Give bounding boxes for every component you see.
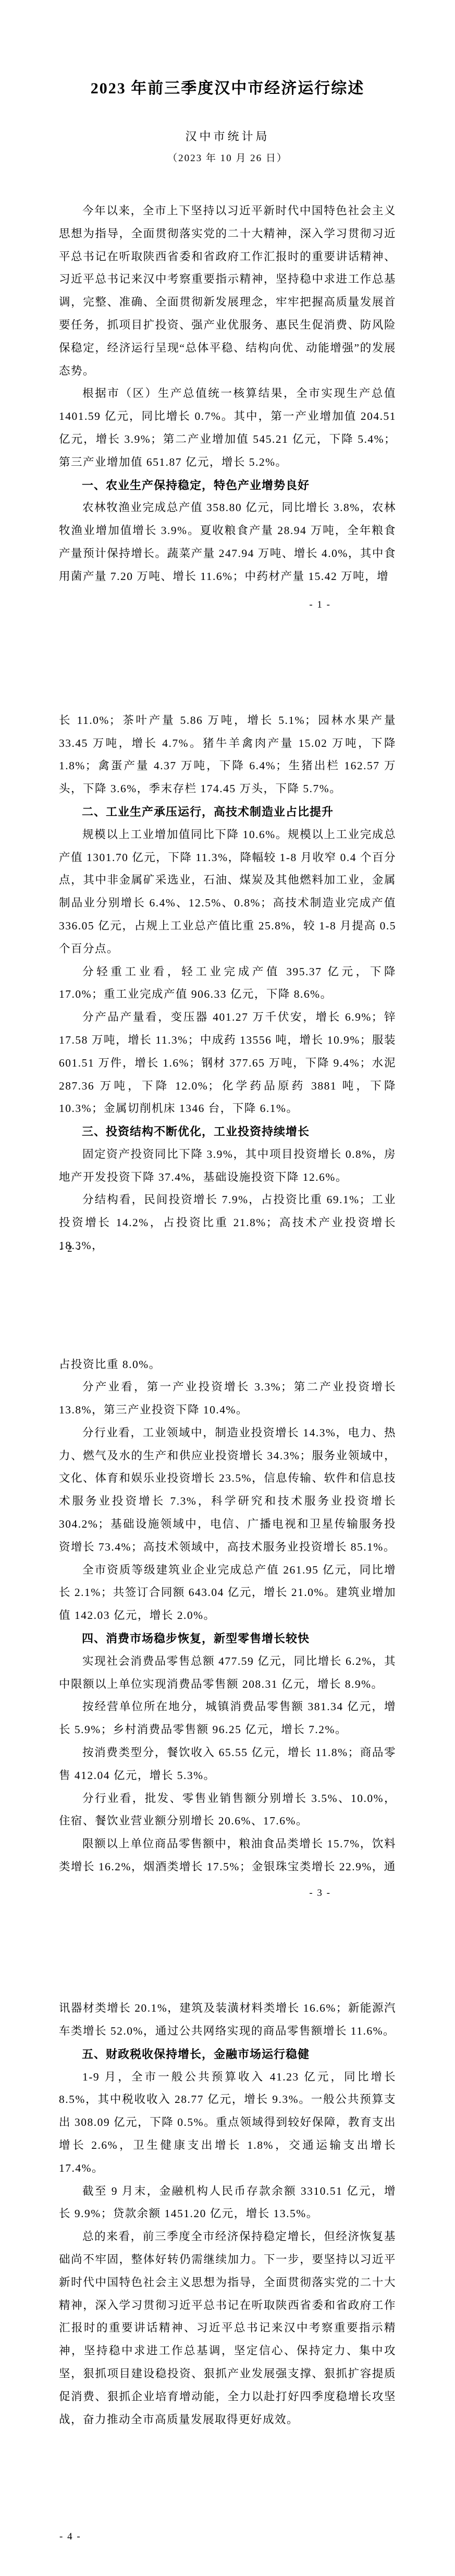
page-number-3: - 3 - xyxy=(309,1887,331,1900)
paragraph: 固定资产投资同比下降 3.9%，其中项目投资增长 0.8%，房地产开发投资下降 … xyxy=(59,1143,396,1189)
paragraph: 截至 9 月末，金融机构人民币存款余额 3310.51 亿元，增长 9.9%；贷… xyxy=(59,2180,396,2226)
paragraph: 今年以来，全市上下坚持以习近平新时代中国特色社会主义思想为指导，全面贯彻落实党的… xyxy=(59,200,396,382)
page-4: 讯器材类增长 20.1%，建筑及装潢材料类增长 16.6%；新能源汽车类增长 5… xyxy=(0,1932,455,2576)
page-number-2: - 2 - xyxy=(59,1243,81,1255)
paragraph: 农林牧渔业完成总产值 358.80 亿元，同比增长 3.8%，农林牧渔业增加值增… xyxy=(59,497,396,588)
page-1: 2023 年前三季度汉中市经济运行综述 汉中市统计局 （2023 年 10 月 … xyxy=(0,0,455,644)
section-heading: 五、财政税收保持增长，金融市场运行稳健 xyxy=(59,2043,396,2066)
document-author: 汉中市统计局 xyxy=(59,127,396,146)
section-heading: 一、农业生产保持稳定，特色产业增势良好 xyxy=(59,474,396,497)
page-1-content: 今年以来，全市上下坚持以习近平新时代中国特色社会主义思想为指导，全面贯彻落实党的… xyxy=(59,200,396,588)
paragraph: 根据市（区）生产总值统一核算结果，全市实现生产总值 1401.59 亿元，同比增… xyxy=(59,382,396,474)
paragraph: 全市资质等级建筑业企业完成总产值 261.95 亿元，同比增长 2.1%；共签订… xyxy=(59,1559,396,1627)
section-heading: 四、消费市场稳步恢复，新型零售增长较快 xyxy=(59,1627,396,1650)
paragraph: 规模以上工业增加值同比下降 10.6%。规模以上工业完成总产值 1301.70 … xyxy=(59,824,396,961)
page-number-4: - 4 - xyxy=(59,2531,81,2543)
section-heading: 三、投资结构不断优化，工业投资持续增长 xyxy=(59,1120,396,1143)
document-date: （2023 年 10 月 26 日） xyxy=(59,150,396,167)
paragraph: 分行业看，工业领域中，制造业投资增长 14.3%，电力、热力、燃气及水的生产和供… xyxy=(59,1422,396,1559)
paragraph: 限额以上单位商品零售额中，粮油食品类增长 15.7%，饮料类增长 16.2%，烟… xyxy=(59,1833,396,1879)
page-4-content: 讯器材类增长 20.1%，建筑及装潢材料类增长 16.6%；新能源汽车类增长 5… xyxy=(59,1997,396,2431)
paragraph: 分产品产量看，变压器 401.27 万千伏安，增长 6.9%；锌 17.58 万… xyxy=(59,1006,396,1120)
paragraph: 讯器材类增长 20.1%，建筑及装潢材料类增长 16.6%；新能源汽车类增长 5… xyxy=(59,1997,396,2043)
document-title: 2023 年前三季度汉中市经济运行综述 xyxy=(59,77,396,101)
page-2: 长 11.0%；茶叶产量 5.86 万吨，增长 5.1%；园林水果产量 33.4… xyxy=(0,644,455,1288)
page-2-content: 长 11.0%；茶叶产量 5.86 万吨，增长 5.1%；园林水果产量 33.4… xyxy=(59,709,396,1257)
paragraph: 1-9 月，全市一般公共预算收入 41.23 亿元，同比增长 8.5%，其中税收… xyxy=(59,2066,396,2180)
paragraph: 分轻重工业看，轻工业完成产值 395.37 亿元，下降 17.0%；重工业完成产… xyxy=(59,961,396,1007)
paragraph: 分结构看，民间投资增长 7.9%，占投资比重 69.1%；工业投资增长 14.2… xyxy=(59,1189,396,1257)
document-header: 2023 年前三季度汉中市经济运行综述 汉中市统计局 （2023 年 10 月 … xyxy=(59,77,396,167)
paragraph: 分行业看，批发、零售业销售额分别增长 3.5%、10.0%，住宿、餐饮业营业额分… xyxy=(59,1787,396,1833)
paragraph: 分产业看，第一产业投资增长 3.3%；第二产业投资增长 13.8%，第三产业投资… xyxy=(59,1376,396,1422)
page-3-content: 占投资比重 8.0%。分产业看，第一产业投资增长 3.3%；第二产业投资增长 1… xyxy=(59,1353,396,1879)
section-heading: 二、工业生产承压运行，高技术制造业占比提升 xyxy=(59,801,396,824)
paragraph: 占投资比重 8.0%。 xyxy=(59,1353,396,1376)
document: 2023 年前三季度汉中市经济运行综述 汉中市统计局 （2023 年 10 月 … xyxy=(0,0,455,2576)
paragraph: 实现社会消费品零售总额 477.59 亿元，同比增长 6.2%，其中限额以上单位… xyxy=(59,1650,396,1696)
paragraph: 长 11.0%；茶叶产量 5.86 万吨，增长 5.1%；园林水果产量 33.4… xyxy=(59,709,396,801)
page-number-1: - 1 - xyxy=(309,599,331,611)
paragraph: 总的来看，前三季度全市经济保持稳定增长，但经济恢复基础尚不牢固，整体好转仍需继续… xyxy=(59,2226,396,2431)
page-3: 占投资比重 8.0%。分产业看，第一产业投资增长 3.3%；第二产业投资增长 1… xyxy=(0,1288,455,1932)
paragraph: 按经营单位所在地分，城镇消费品零售额 381.34 亿元，增长 5.9%；乡村消… xyxy=(59,1696,396,1741)
paragraph: 按消费类型分，餐饮收入 65.55 亿元，增长 11.8%；商品零售 412.0… xyxy=(59,1741,396,1787)
